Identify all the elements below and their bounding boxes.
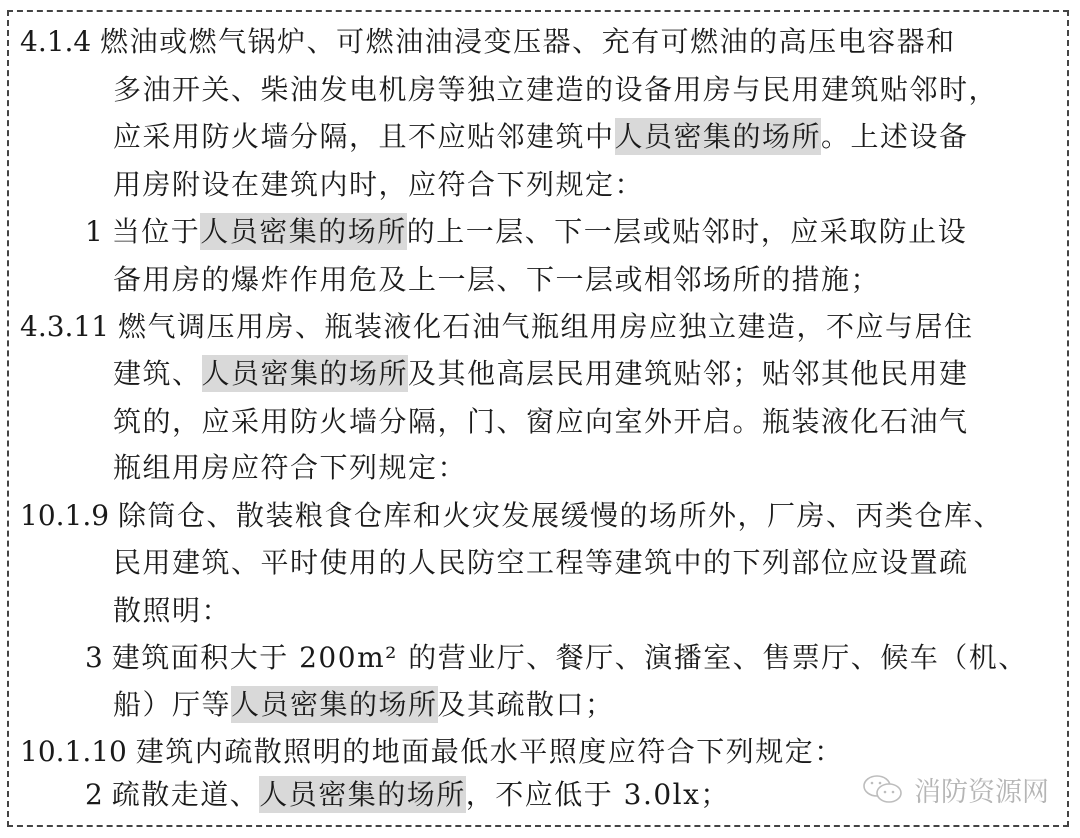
text-line: 4.1.4 燃油或燃气锅炉、可燃油油浸变压器、充有可燃油的高压电容器和 (20, 25, 956, 59)
clause-number: 4.3.11 (20, 310, 118, 343)
text-segment: 燃油或燃气锅炉、可燃油油浸变压器、充有可燃油的高压电容器和 (100, 25, 956, 58)
highlighted-term: 人员密集的场所 (615, 118, 822, 155)
highlighted-term: 人员密集的场所 (259, 776, 466, 813)
text-line: 2 疏散走道、人员密集的场所，不应低于 3.0lx； (85, 778, 730, 812)
clause-number: 4.1.4 (20, 25, 100, 58)
text-line: 备用房的爆炸作用危及上一层、下一层或相邻场所的措施； (113, 263, 880, 297)
text-line: 1 当位于人员密集的场所的上一层、下一层或贴邻时，应采取防止设 (85, 215, 967, 249)
clause-number: 2 (85, 778, 112, 811)
text-segment: ，不应低于 3.0lx； (466, 778, 730, 811)
highlighted-term: 人员密集的场所 (200, 213, 407, 250)
text-line: 用房附设在建筑内时，应符合下列规定： (113, 168, 644, 202)
text-segment: 瓶组用房应符合下列规定： (113, 451, 467, 484)
text-line: 民用建筑、平时使用的人民防空工程等建筑中的下列部位应设置疏 (113, 546, 969, 580)
text-segment: 的上一层、下一层或贴邻时，应采取防止设 (407, 215, 968, 248)
text-line: 瓶组用房应符合下列规定： (113, 451, 467, 485)
text-segment: 散照明： (113, 594, 231, 627)
text-line: 3 建筑面积大于 200m² 的营业厅、餐厅、演播室、售票厅、候车（机、 (85, 641, 1028, 675)
text-line: 建筑、人员密集的场所及其他高层民用建筑贴邻；贴邻其他民用建 (113, 357, 969, 391)
text-segment: 多油开关、柴油发电机房等独立建造的设备用房与民用建筑贴邻时， (113, 73, 998, 106)
text-line: 10.1.10 建筑内疏散照明的地面最低水平照度应符合下列规定： (20, 735, 844, 769)
text-line: 应采用防火墙分隔，且不应贴邻建筑中人员密集的场所。上述设备 (113, 120, 969, 154)
text-segment: 筑的，应采用防火墙分隔，门、窗应向室外开启。瓶装液化石油气 (113, 405, 969, 438)
text-segment: 应采用防火墙分隔，且不应贴邻建筑中 (113, 120, 615, 153)
text-segment: 备用房的爆炸作用危及上一层、下一层或相邻场所的措施； (113, 263, 880, 296)
text-line: 筑的，应采用防火墙分隔，门、窗应向室外开启。瓶装液化石油气 (113, 405, 969, 439)
wechat-icon (862, 773, 906, 807)
text-line: 船）厅等人员密集的场所及其疏散口； (113, 688, 615, 722)
highlighted-term: 人员密集的场所 (231, 686, 438, 723)
text-line: 10.1.9 除筒仓、散装粮食仓库和火灾发展缓慢的场所外，厂房、丙类仓库、 (20, 499, 1003, 533)
watermark: 消防资源网 (862, 770, 1049, 809)
text-segment: 建筑面积大于 200m² 的营业厅、餐厅、演播室、售票厅、候车（机、 (112, 641, 1028, 674)
clause-number: 3 (85, 641, 112, 674)
text-segment: 除筒仓、散装粮食仓库和火灾发展缓慢的场所外，厂房、丙类仓库、 (118, 499, 1003, 532)
text-segment: 用房附设在建筑内时，应符合下列规定： (113, 168, 644, 201)
text-segment: 当位于 (112, 215, 201, 248)
text-segment: 建筑、 (113, 357, 202, 390)
text-segment: 燃气调压用房、瓶装液化石油气瓶组用房应独立建造，不应与居住 (118, 310, 974, 343)
text-line: 多油开关、柴油发电机房等独立建造的设备用房与民用建筑贴邻时， (113, 73, 998, 107)
text-line: 4.3.11 燃气调压用房、瓶装液化石油气瓶组用房应独立建造，不应与居住 (20, 310, 973, 344)
text-segment: 建筑内疏散照明的地面最低水平照度应符合下列规定： (136, 735, 844, 768)
clause-number: 10.1.9 (20, 499, 118, 532)
text-line: 散照明： (113, 594, 231, 628)
watermark-text: 消防资源网 (914, 770, 1049, 809)
text-segment: 。上述设备 (821, 120, 969, 153)
highlighted-term: 人员密集的场所 (202, 355, 409, 392)
text-segment: 疏散走道、 (112, 778, 260, 811)
text-segment: 及其他高层民用建筑贴邻；贴邻其他民用建 (408, 357, 969, 390)
text-segment: 及其疏散口； (438, 688, 615, 721)
clause-number: 10.1.10 (20, 735, 136, 768)
text-segment: 民用建筑、平时使用的人民防空工程等建筑中的下列部位应设置疏 (113, 546, 969, 579)
clause-number: 1 (85, 215, 112, 248)
text-segment: 船）厅等 (113, 688, 231, 721)
